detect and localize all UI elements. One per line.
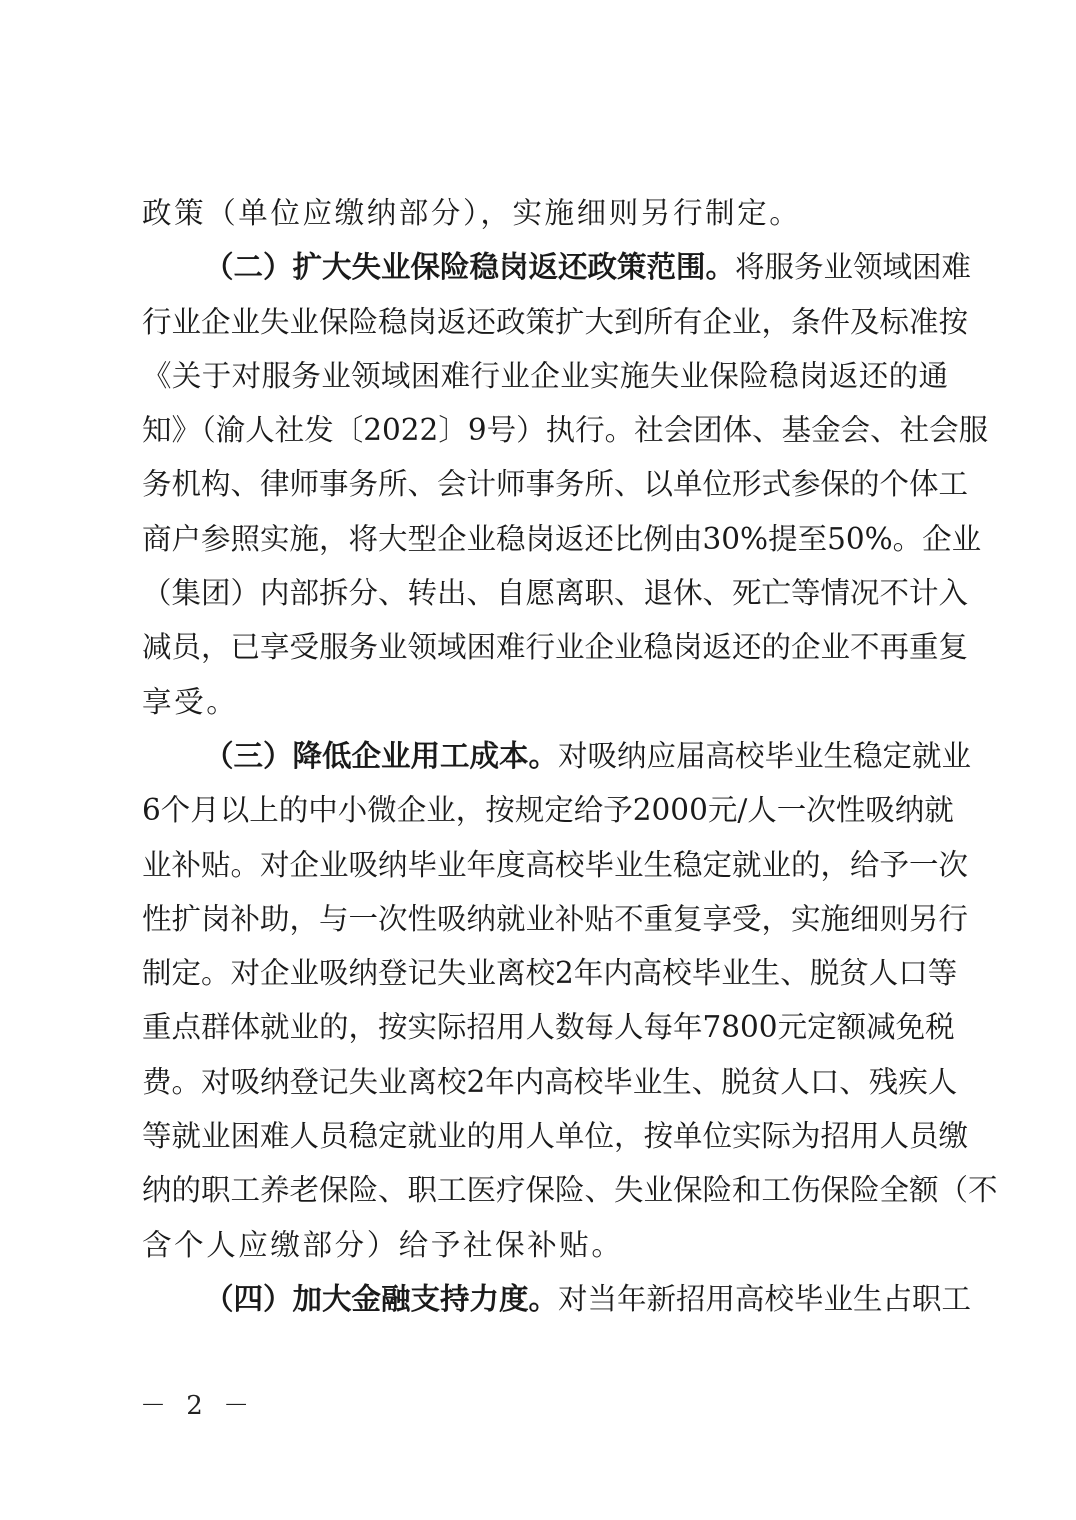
line-text: 纳的职工养老保险、职工医疗保险、失业保险和工伤保险全额（不	[142, 1173, 998, 1207]
paragraph-line: 等就业困难人员稳定就业的用人单位，按单位实际为招用人员缴	[142, 1109, 948, 1163]
section-heading-line: （二）扩大失业保险稳岗返还政策范围。将服务业领域困难	[142, 240, 948, 294]
paragraph-line: 重点群体就业的，按实际招用人数每人每年7800元定额减免税	[142, 1000, 948, 1054]
paragraph-line: 享受。	[142, 675, 948, 729]
line-text: 对当年新招用高校毕业生占职工	[558, 1282, 971, 1316]
section-heading-line: （三）降低企业用工成本。对吸纳应届高校毕业生稳定就业	[142, 729, 948, 783]
line-text: 政策（单位应缴纳部分），实施细则另行制定。	[142, 196, 801, 230]
line-text: 对吸纳应届高校毕业生稳定就业	[558, 739, 971, 773]
paragraph-line: （集团）内部拆分、转出、自愿离职、退休、死亡等情况不计入	[142, 566, 948, 620]
line-text: 6个月以上的中小微企业，按规定给予2000元/人一次性吸纳就	[142, 793, 954, 827]
paragraph-line: 性扩岗补助，与一次性吸纳就业补贴不重复享受，实施细则另行	[142, 892, 948, 946]
line-text: 含个人应缴部分）给予社保补贴。	[142, 1228, 624, 1262]
paragraph-line: 商户参照实施，将大型企业稳岗返还比例由30%提至50%。企业	[142, 512, 948, 566]
section-heading-2: （二）扩大失业保险稳岗返还政策范围。	[204, 249, 735, 284]
line-text: 减员，已享受服务业领域困难行业企业稳岗返还的企业不再重复	[142, 630, 968, 664]
paragraph-line: 《关于对服务业领域困难行业企业实施失业保险稳岗返还的通	[142, 349, 948, 403]
line-text: 《关于对服务业领域困难行业企业实施失业保险稳岗返还的通	[142, 359, 948, 393]
document-body: 政策（单位应缴纳部分），实施细则另行制定。 （二）扩大失业保险稳岗返还政策范围。…	[142, 186, 948, 1326]
paragraph-line: 政策（单位应缴纳部分），实施细则另行制定。	[142, 186, 948, 240]
line-text: 将服务业领域困难	[735, 250, 971, 284]
paragraph-line: 费。对吸纳登记失业离校2年内高校毕业生、脱贫人口、残疾人	[142, 1055, 948, 1109]
page-number: － 2 －	[140, 1386, 255, 1426]
paragraph-line: 业补贴。对企业吸纳毕业年度高校毕业生稳定就业的，给予一次	[142, 838, 948, 892]
line-text: 费。对吸纳登记失业离校2年内高校毕业生、脱贫人口、残疾人	[142, 1065, 957, 1099]
line-text: 重点群体就业的，按实际招用人数每人每年7800元定额减免税	[142, 1010, 955, 1044]
section-heading-3: （三）降低企业用工成本。	[204, 738, 558, 773]
line-text: 业补贴。对企业吸纳毕业年度高校毕业生稳定就业的，给予一次	[142, 848, 968, 882]
paragraph-line: 减员，已享受服务业领域困难行业企业稳岗返还的企业不再重复	[142, 620, 948, 674]
paragraph-line: 含个人应缴部分）给予社保补贴。	[142, 1218, 948, 1272]
paragraph-line: 务机构、律师事务所、会计师事务所、以单位形式参保的个体工	[142, 457, 948, 511]
paragraph-line: 行业企业失业保险稳岗返还政策扩大到所有企业，条件及标准按	[142, 295, 948, 349]
paragraph-line: 制定。对企业吸纳登记失业离校2年内高校毕业生、脱贫人口等	[142, 946, 948, 1000]
section-heading-4: （四）加大金融支持力度。	[204, 1281, 558, 1316]
section-heading-line: （四）加大金融支持力度。对当年新招用高校毕业生占职工	[142, 1272, 948, 1326]
document-page: 政策（单位应缴纳部分），实施细则另行制定。 （二）扩大失业保险稳岗返还政策范围。…	[0, 0, 1076, 1520]
line-text: 享受。	[142, 685, 238, 719]
line-text: （集团）内部拆分、转出、自愿离职、退休、死亡等情况不计入	[142, 576, 968, 610]
line-text: 制定。对企业吸纳登记失业离校2年内高校毕业生、脱贫人口等	[142, 956, 957, 990]
line-text: 知》（渝人社发〔2022〕9号）执行。社会团体、基金会、社会服	[142, 413, 988, 447]
line-text: 性扩岗补助，与一次性吸纳就业补贴不重复享受，实施细则另行	[142, 902, 968, 936]
line-text: 务机构、律师事务所、会计师事务所、以单位形式参保的个体工	[142, 467, 968, 501]
paragraph-line: 6个月以上的中小微企业，按规定给予2000元/人一次性吸纳就	[142, 783, 948, 837]
line-text: 行业企业失业保险稳岗返还政策扩大到所有企业，条件及标准按	[142, 305, 968, 339]
paragraph-line: 知》（渝人社发〔2022〕9号）执行。社会团体、基金会、社会服	[142, 403, 948, 457]
paragraph-line: 纳的职工养老保险、职工医疗保险、失业保险和工伤保险全额（不	[142, 1163, 948, 1217]
line-text: 商户参照实施，将大型企业稳岗返还比例由30%提至50%。企业	[142, 522, 981, 556]
line-text: 等就业困难人员稳定就业的用人单位，按单位实际为招用人员缴	[142, 1119, 968, 1153]
